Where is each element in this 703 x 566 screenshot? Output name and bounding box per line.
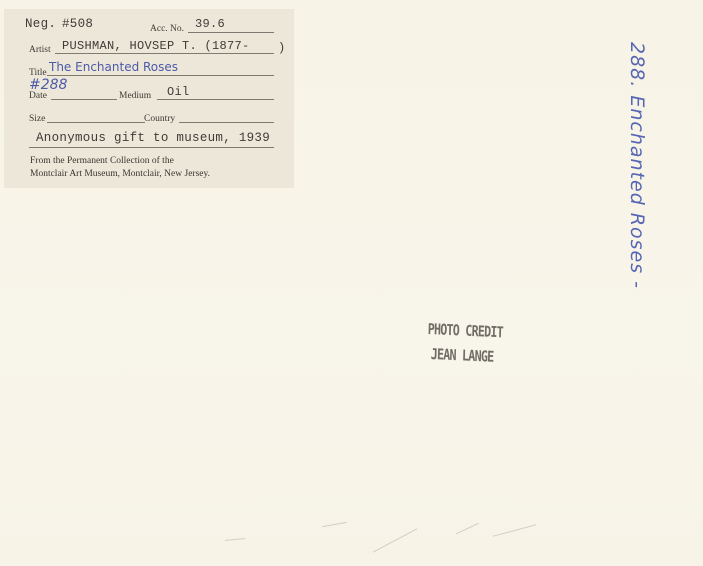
pencil-mark [456, 523, 479, 534]
pencil-mark [373, 528, 418, 552]
date-line [51, 99, 117, 100]
country-label: Country [144, 114, 175, 124]
medium-line [157, 99, 274, 100]
medium-label: Medium [119, 91, 151, 101]
pencil-mark [493, 524, 537, 537]
title-line [47, 75, 274, 76]
title-value-handwritten: The Enchanted Roses [49, 60, 178, 74]
footer-line-2: Montclair Art Museum, Montclair, New Jer… [30, 168, 210, 181]
artist-close-paren: ) [278, 41, 286, 55]
size-label: Size [29, 114, 45, 124]
artist-value: PUSHMAN, HOVSEP T. (1877- [62, 39, 250, 53]
neg-value: #508 [62, 17, 93, 31]
collection-footer: From the Permanent Collection of the Mon… [30, 155, 210, 181]
margin-note-handwritten: 288. Enchanted Roses - [626, 42, 648, 289]
artist-line [55, 53, 274, 54]
artist-label: Artist [29, 45, 51, 55]
date-label: Date [29, 91, 47, 101]
country-line [179, 122, 274, 123]
credit-line: Anonymous gift to museum, 1939 [36, 131, 270, 145]
photo-credit-stamp-line-1: PHOTO CREDIT [428, 320, 504, 341]
footer-line-1: From the Permanent Collection of the [30, 155, 210, 168]
neg-label: Neg. [25, 17, 56, 31]
credit-underline [29, 147, 274, 148]
acc-line [188, 32, 274, 33]
size-line [47, 122, 145, 123]
catalog-card: Neg. #508 Acc. No. 39.6 Artist PUSHMAN, … [5, 10, 293, 187]
photo-back-page: Neg. #508 Acc. No. 39.6 Artist PUSHMAN, … [0, 0, 703, 566]
pencil-mark [225, 538, 245, 541]
pencil-mark [322, 522, 347, 527]
medium-value: Oil [167, 85, 190, 99]
photo-credit-stamp-line-2: JEAN LANGE [431, 345, 494, 366]
acc-value: 39.6 [195, 17, 225, 31]
acc-label: Acc. No. [150, 24, 184, 34]
